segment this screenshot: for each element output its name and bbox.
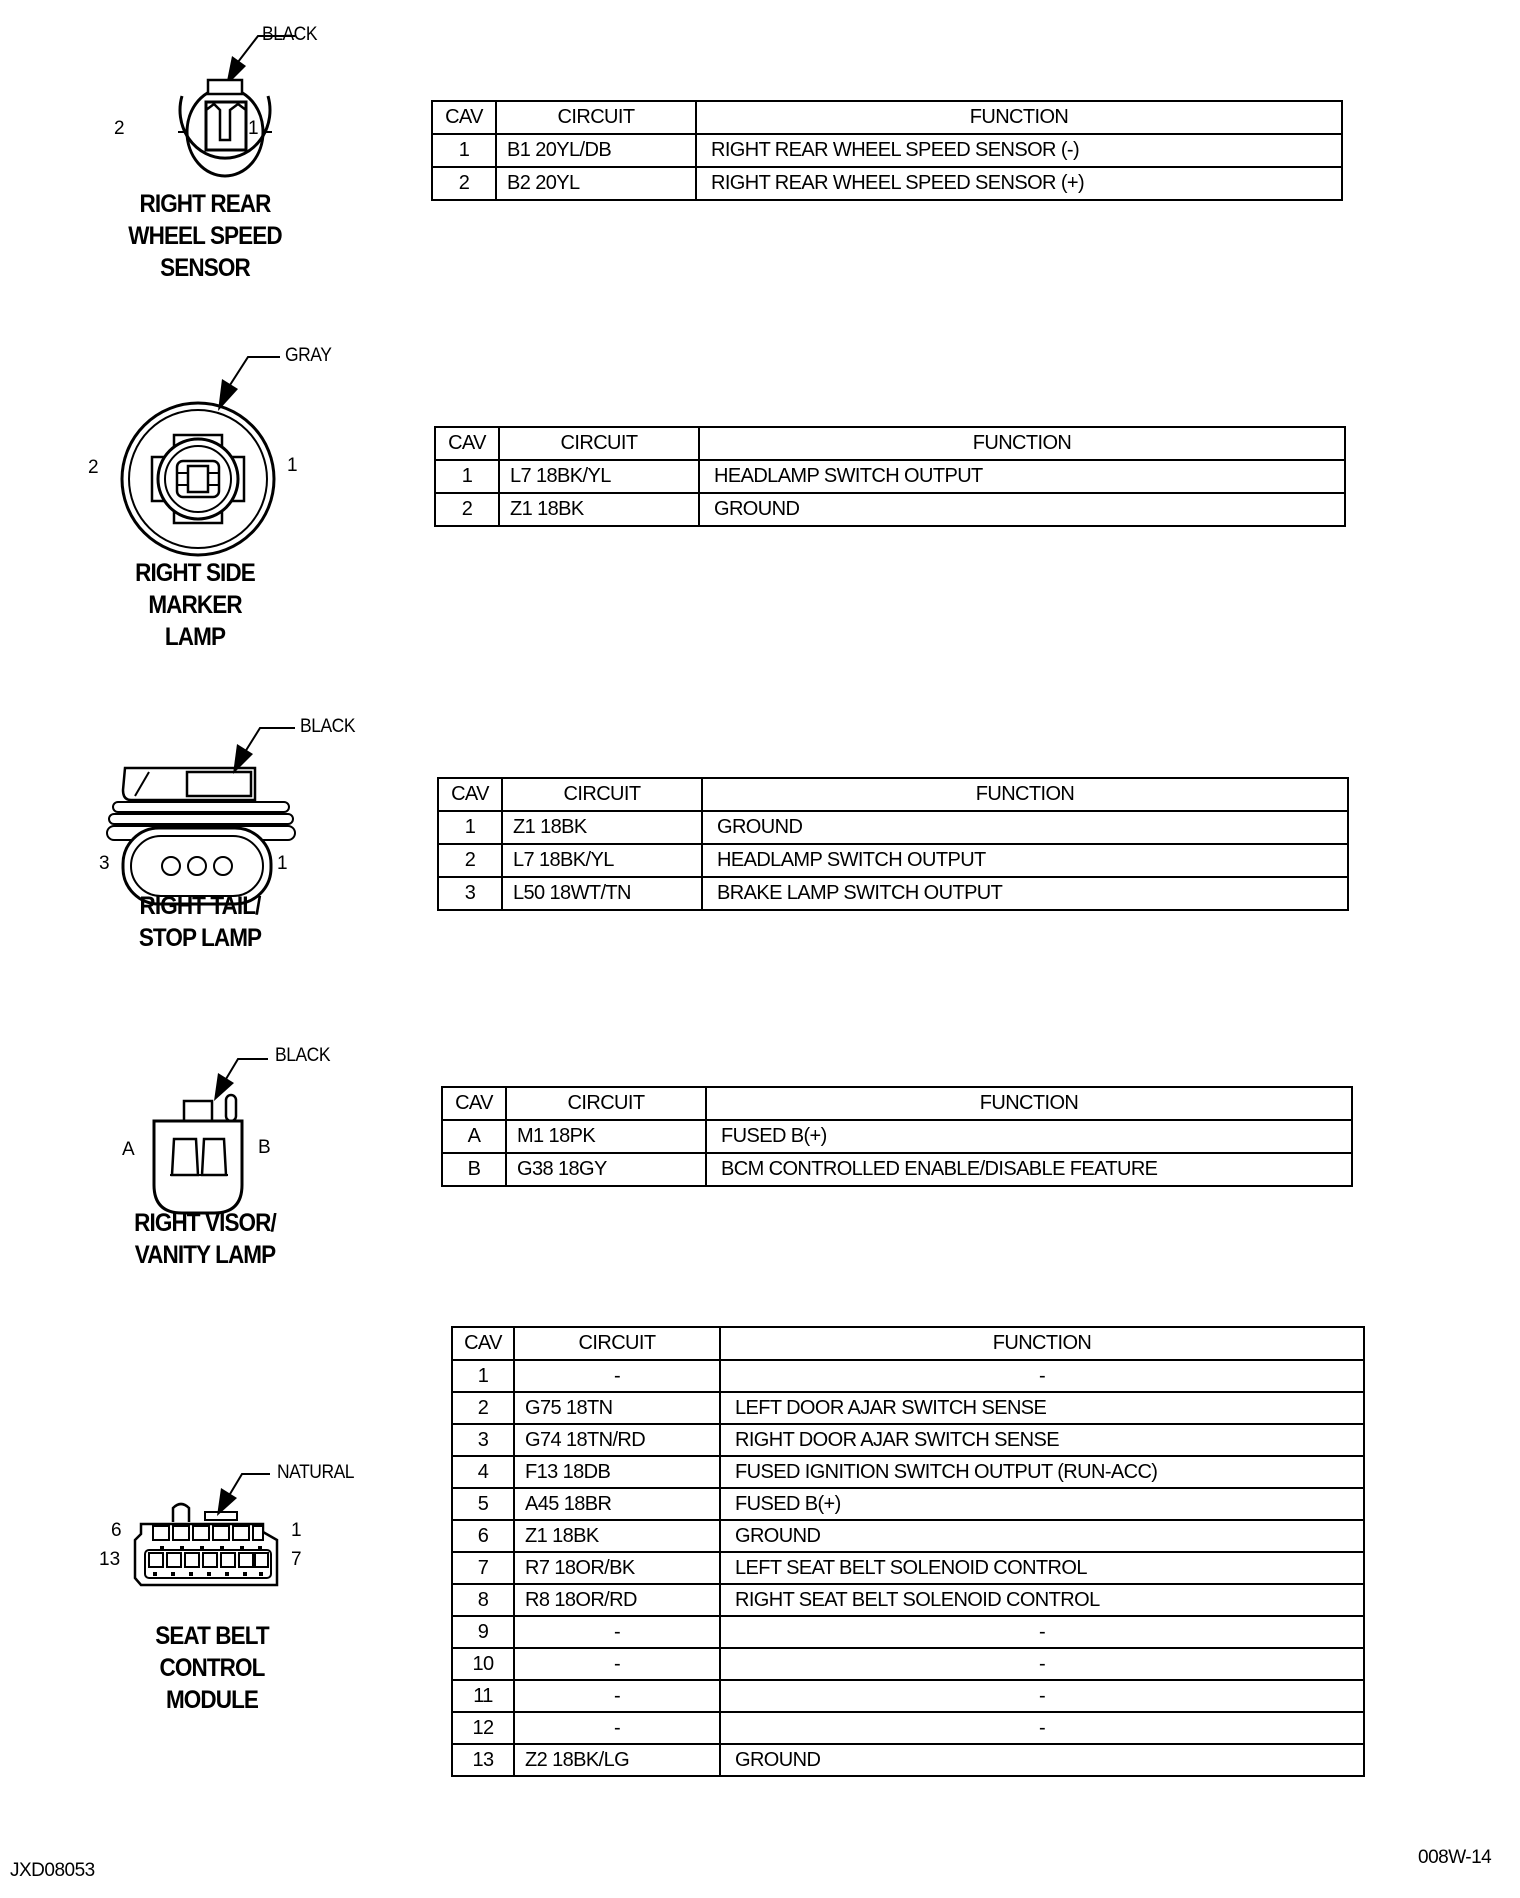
cell-function: - xyxy=(720,1360,1364,1392)
table-row: 1-- xyxy=(452,1360,1364,1392)
table-header: CAV CIRCUIT FUNCTION xyxy=(438,778,1348,811)
connector-figure-right-rear-wheel-speed-sensor: BLACK 2 1 RIGHT REAR WHEEL SPEED SENSOR xyxy=(100,20,340,290)
cell-cav: 11 xyxy=(452,1680,514,1712)
table-row: 2G75 18TNLEFT DOOR AJAR SWITCH SENSE xyxy=(452,1392,1364,1424)
cell-circuit: - xyxy=(514,1360,720,1392)
cavity-table-right-tail-stop-lamp: CAV CIRCUIT FUNCTION 1 Z1 18BK GROUND 2 … xyxy=(437,777,1349,911)
cell-cav: B xyxy=(442,1153,506,1186)
header-cav: CAV xyxy=(452,1327,514,1360)
connector-name: RIGHT VISOR/ VANITY LAMP xyxy=(111,1207,300,1271)
cell-cav: 2 xyxy=(438,844,502,877)
cell-function: RIGHT REAR WHEEL SPEED SENSOR (-) xyxy=(696,134,1342,167)
cell-cav: 12 xyxy=(452,1712,514,1744)
header-circuit: CIRCUIT xyxy=(496,101,696,134)
cell-function: - xyxy=(720,1616,1364,1648)
header-circuit: CIRCUIT xyxy=(502,778,702,811)
cell-function: LEFT SEAT BELT SOLENOID CONTROL xyxy=(720,1552,1364,1584)
cell-function: FUSED B(+) xyxy=(720,1488,1364,1520)
table-row: 3G74 18TN/RDRIGHT DOOR AJAR SWITCH SENSE xyxy=(452,1424,1364,1456)
cavity-table-seat-belt-control-module: CAV CIRCUIT FUNCTION 1--2G75 18TNLEFT DO… xyxy=(451,1326,1365,1777)
cell-function: FUSED IGNITION SWITCH OUTPUT (RUN-ACC) xyxy=(720,1456,1364,1488)
pin-label-top-right: 1 xyxy=(291,1520,302,1542)
cell-circuit: Z1 18BK xyxy=(499,493,699,526)
cell-circuit: B1 20YL/DB xyxy=(496,134,696,167)
connector-name: RIGHT REAR WHEEL SPEED SENSOR xyxy=(111,188,300,284)
connector-name: RIGHT TAIL/ STOP LAMP xyxy=(106,890,295,954)
pin-label-bottom-right: 7 xyxy=(291,1549,302,1571)
cell-circuit: Z2 18BK/LG xyxy=(514,1744,720,1776)
cell-cav: 3 xyxy=(438,877,502,910)
cell-cav: 1 xyxy=(452,1360,514,1392)
header-circuit: CIRCUIT xyxy=(514,1327,720,1360)
connector-figure-right-tail-stop-lamp: BLACK 3 1 RIGHT TAIL/ STOP LAMP xyxy=(95,712,385,962)
cell-circuit: L50 18WT/TN xyxy=(502,877,702,910)
table-row: A M1 18PK FUSED B(+) xyxy=(442,1120,1352,1153)
cell-cav: 7 xyxy=(452,1552,514,1584)
cell-circuit: A45 18BR xyxy=(514,1488,720,1520)
cavity-table-right-visor-vanity-lamp: CAV CIRCUIT FUNCTION A M1 18PK FUSED B(+… xyxy=(441,1086,1353,1187)
pin-label-right: B xyxy=(258,1137,271,1159)
table-row: 4F13 18DBFUSED IGNITION SWITCH OUTPUT (R… xyxy=(452,1456,1364,1488)
cell-function: - xyxy=(720,1648,1364,1680)
header-cav: CAV xyxy=(432,101,496,134)
table-row: 2 Z1 18BK GROUND xyxy=(435,493,1345,526)
cell-function: RIGHT DOOR AJAR SWITCH SENSE xyxy=(720,1424,1364,1456)
pin-label-right: 1 xyxy=(287,455,298,477)
cell-circuit: - xyxy=(514,1616,720,1648)
pin-label-left: 2 xyxy=(114,118,125,140)
pin-label-bottom-left: 13 xyxy=(99,1549,120,1571)
cell-cav: 13 xyxy=(452,1744,514,1776)
cell-circuit: F13 18DB xyxy=(514,1456,720,1488)
table-row: 8R8 18OR/RDRIGHT SEAT BELT SOLENOID CONT… xyxy=(452,1584,1364,1616)
header-cav: CAV xyxy=(438,778,502,811)
cavity-table-right-rear-wheel-speed-sensor: CAV CIRCUIT FUNCTION 1 B1 20YL/DB RIGHT … xyxy=(431,100,1343,201)
cell-function: LEFT DOOR AJAR SWITCH SENSE xyxy=(720,1392,1364,1424)
table-header: CAV CIRCUIT FUNCTION xyxy=(432,101,1342,134)
cell-function: HEADLAMP SWITCH OUTPUT xyxy=(702,844,1348,877)
cell-function: HEADLAMP SWITCH OUTPUT xyxy=(699,460,1345,493)
cell-cav: 5 xyxy=(452,1488,514,1520)
cell-cav: 2 xyxy=(452,1392,514,1424)
header-function: FUNCTION xyxy=(699,427,1345,460)
connector-name: SEAT BELT CONTROL MODULE xyxy=(118,1620,307,1716)
table-row: 1 L7 18BK/YL HEADLAMP SWITCH OUTPUT xyxy=(435,460,1345,493)
connector-color-label: BLACK xyxy=(300,716,355,738)
connector-figure-right-visor-vanity-lamp: BLACK A B RIGHT VISOR/ VANITY LAMP xyxy=(110,1045,370,1285)
header-cav: CAV xyxy=(435,427,499,460)
cell-function: FUSED B(+) xyxy=(706,1120,1352,1153)
table-row: 9-- xyxy=(452,1616,1364,1648)
figure-id-left: JXD08053 xyxy=(10,1860,95,1882)
cell-cav: 1 xyxy=(438,811,502,844)
table-row: 3 L50 18WT/TN BRAKE LAMP SWITCH OUTPUT xyxy=(438,877,1348,910)
cell-cav: 2 xyxy=(432,167,496,200)
cell-cav: 6 xyxy=(452,1520,514,1552)
cell-function: BCM CONTROLLED ENABLE/DISABLE FEATURE xyxy=(706,1153,1352,1186)
cell-function: BRAKE LAMP SWITCH OUTPUT xyxy=(702,877,1348,910)
cell-circuit: Z1 18BK xyxy=(514,1520,720,1552)
cell-cav: 1 xyxy=(435,460,499,493)
table-row: 5A45 18BRFUSED B(+) xyxy=(452,1488,1364,1520)
cell-function: - xyxy=(720,1712,1364,1744)
cell-circuit: - xyxy=(514,1648,720,1680)
table-header: CAV CIRCUIT FUNCTION xyxy=(435,427,1345,460)
pin-label-top-left: 6 xyxy=(111,1520,122,1542)
table-row: 12-- xyxy=(452,1712,1364,1744)
cell-function: - xyxy=(720,1680,1364,1712)
cavity-table-right-side-marker-lamp: CAV CIRCUIT FUNCTION 1 L7 18BK/YL HEADLA… xyxy=(434,426,1346,527)
header-circuit: CIRCUIT xyxy=(499,427,699,460)
cell-cav: 3 xyxy=(452,1424,514,1456)
cell-cav: 4 xyxy=(452,1456,514,1488)
header-function: FUNCTION xyxy=(720,1327,1364,1360)
table-row: 2 L7 18BK/YL HEADLAMP SWITCH OUTPUT xyxy=(438,844,1348,877)
cell-function: GROUND xyxy=(702,811,1348,844)
table-row: 2 B2 20YL RIGHT REAR WHEEL SPEED SENSOR … xyxy=(432,167,1342,200)
table-row: 6Z1 18BKGROUND xyxy=(452,1520,1364,1552)
cell-circuit: Z1 18BK xyxy=(502,811,702,844)
table-row: 1 B1 20YL/DB RIGHT REAR WHEEL SPEED SENS… xyxy=(432,134,1342,167)
pin-label-left: 2 xyxy=(88,457,99,479)
cell-function: RIGHT REAR WHEEL SPEED SENSOR (+) xyxy=(696,167,1342,200)
table-header: CAV CIRCUIT FUNCTION xyxy=(452,1327,1364,1360)
cell-circuit: R8 18OR/RD xyxy=(514,1584,720,1616)
pin-label-right: 1 xyxy=(248,118,259,140)
header-function: FUNCTION xyxy=(696,101,1342,134)
header-function: FUNCTION xyxy=(702,778,1348,811)
connector-color-label: BLACK xyxy=(262,24,317,46)
header-cav: CAV xyxy=(442,1087,506,1120)
header-circuit: CIRCUIT xyxy=(506,1087,706,1120)
cell-circuit: G75 18TN xyxy=(514,1392,720,1424)
table-row: 11-- xyxy=(452,1680,1364,1712)
cell-cav: 10 xyxy=(452,1648,514,1680)
cell-cav: 9 xyxy=(452,1616,514,1648)
cell-circuit: L7 18BK/YL xyxy=(499,460,699,493)
cell-circuit: B2 20YL xyxy=(496,167,696,200)
pin-label-left: 3 xyxy=(99,853,110,875)
cell-circuit: R7 18OR/BK xyxy=(514,1552,720,1584)
connector-color-label: GRAY xyxy=(285,345,331,367)
cell-circuit: - xyxy=(514,1712,720,1744)
cell-function: GROUND xyxy=(720,1744,1364,1776)
cell-function: RIGHT SEAT BELT SOLENOID CONTROL xyxy=(720,1584,1364,1616)
cell-cav: 1 xyxy=(432,134,496,167)
table-row: 1 Z1 18BK GROUND xyxy=(438,811,1348,844)
pin-label-left: A xyxy=(122,1139,135,1161)
cell-function: GROUND xyxy=(699,493,1345,526)
table-header: CAV CIRCUIT FUNCTION xyxy=(442,1087,1352,1120)
connector-figure-seat-belt-control-module: NATURAL 6 1 13 7 SEAT BELT CONTROL MODUL… xyxy=(95,1460,395,1730)
table-row: B G38 18GY BCM CONTROLLED ENABLE/DISABLE… xyxy=(442,1153,1352,1186)
cell-function: GROUND xyxy=(720,1520,1364,1552)
table-row: 7R7 18OR/BKLEFT SEAT BELT SOLENOID CONTR… xyxy=(452,1552,1364,1584)
cell-circuit: G38 18GY xyxy=(506,1153,706,1186)
header-function: FUNCTION xyxy=(706,1087,1352,1120)
cell-circuit: G74 18TN/RD xyxy=(514,1424,720,1456)
cell-cav: A xyxy=(442,1120,506,1153)
table-row: 13Z2 18BK/LGGROUND xyxy=(452,1744,1364,1776)
connector-color-label: NATURAL xyxy=(277,1462,354,1484)
connector-color-label: BLACK xyxy=(275,1045,330,1067)
cell-circuit: M1 18PK xyxy=(506,1120,706,1153)
cell-circuit: L7 18BK/YL xyxy=(502,844,702,877)
seat-belt-table-body: 1--2G75 18TNLEFT DOOR AJAR SWITCH SENSE3… xyxy=(452,1360,1364,1776)
cell-circuit: - xyxy=(514,1680,720,1712)
connector-figure-right-side-marker-lamp: GRAY 2 1 RIGHT SIDE MARKER LAMP xyxy=(80,345,360,665)
page-id-right: 008W-14 xyxy=(1418,1847,1491,1869)
table-row: 10-- xyxy=(452,1648,1364,1680)
cell-cav: 2 xyxy=(435,493,499,526)
cell-cav: 8 xyxy=(452,1584,514,1616)
pin-label-right: 1 xyxy=(277,853,288,875)
connector-name: RIGHT SIDE MARKER LAMP xyxy=(101,557,290,653)
